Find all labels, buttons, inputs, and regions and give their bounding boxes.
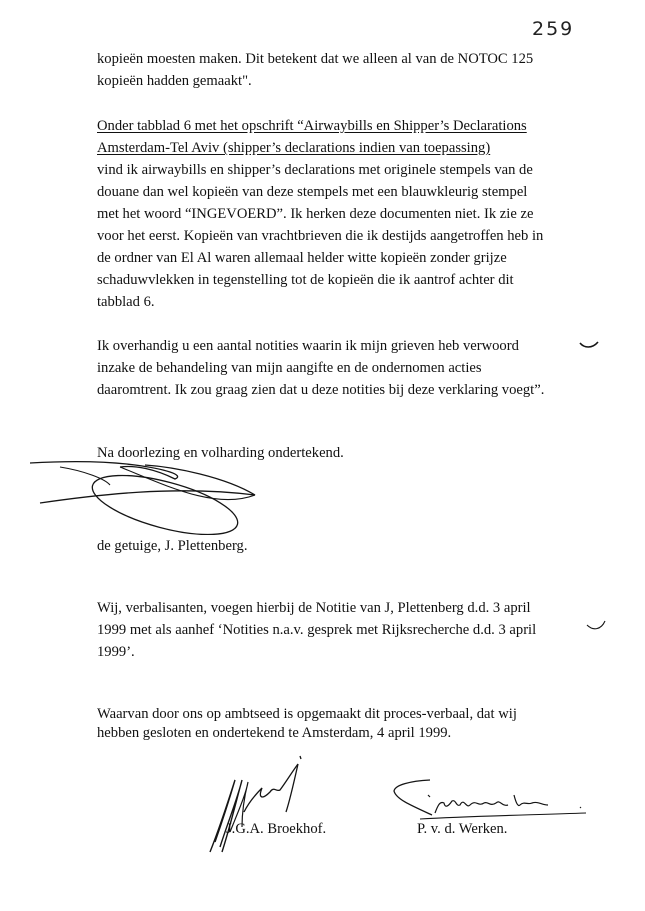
text-line: vind ik airwaybills en shipper’s declara… [97, 159, 577, 181]
text-line: hebben gesloten en ondertekend te Amster… [97, 724, 577, 743]
paragraph-notities: Ik overhandig u een aantal notities waar… [97, 335, 577, 401]
text-line: daaromtrent. Ik zou graag zien dat u dez… [97, 379, 577, 401]
text-line: Waarvan door ons op ambtseed is opgemaak… [97, 705, 577, 724]
text-line: tabblad 6. [97, 291, 577, 313]
paragraph-closing: Waarvan door ons op ambtseed is opgemaak… [97, 705, 577, 743]
werken-signature [390, 775, 590, 825]
text-line: kopieën moesten maken. Dit betekent dat … [97, 48, 577, 70]
text-line: met het woord “INGEVOERD”. Ik herken dez… [97, 203, 577, 225]
text-line: douane dan wel kopieën van deze stempels… [97, 181, 577, 203]
page-number: 259 [532, 18, 574, 40]
text-line: schaduwvlekken in tegenstelling tot de k… [97, 269, 577, 291]
text-line: 1999 met als aanhef ‘Notities n.a.v. ges… [97, 619, 577, 641]
paragraph-verbalisanten: Wij, verbalisanten, voegen hierbij de No… [97, 597, 577, 663]
signatory-broekhof: J.G.A. Broekhof. [226, 821, 326, 838]
underlined-heading-line: Onder tabblad 6 met het opschrift “Airwa… [97, 115, 577, 137]
text-line: Ik overhandig u een aantal notities waar… [97, 335, 577, 357]
text-line: de ordner van El Al waren allemaal helde… [97, 247, 577, 269]
witness-name: de getuige, J. Plettenberg. [97, 535, 577, 557]
signatory-werken: P. v. d. Werken. [417, 821, 507, 838]
text-line: Wij, verbalisanten, voegen hierbij de No… [97, 597, 577, 619]
underlined-heading-line: Amsterdam-Tel Aviv (shipper’s declaratio… [97, 137, 577, 159]
text-line: inzake de behandeling van mijn aangifte … [97, 357, 577, 379]
paragraph-notoc-copies: kopieën moesten maken. Dit betekent dat … [97, 48, 577, 92]
text-line: de getuige, J. Plettenberg. [97, 535, 577, 557]
margin-mark [578, 340, 600, 352]
text-line: kopieën hadden gemaakt". [97, 70, 577, 92]
text-line: voor het eerst. Kopieën van vrachtbrieve… [97, 225, 577, 247]
broekhof-signature [200, 752, 320, 862]
paragraph-tabblad-6: Onder tabblad 6 met het opschrift “Airwa… [97, 115, 577, 313]
margin-mark [585, 619, 607, 633]
witness-signature [25, 455, 265, 535]
text-line: 1999’. [97, 641, 577, 663]
